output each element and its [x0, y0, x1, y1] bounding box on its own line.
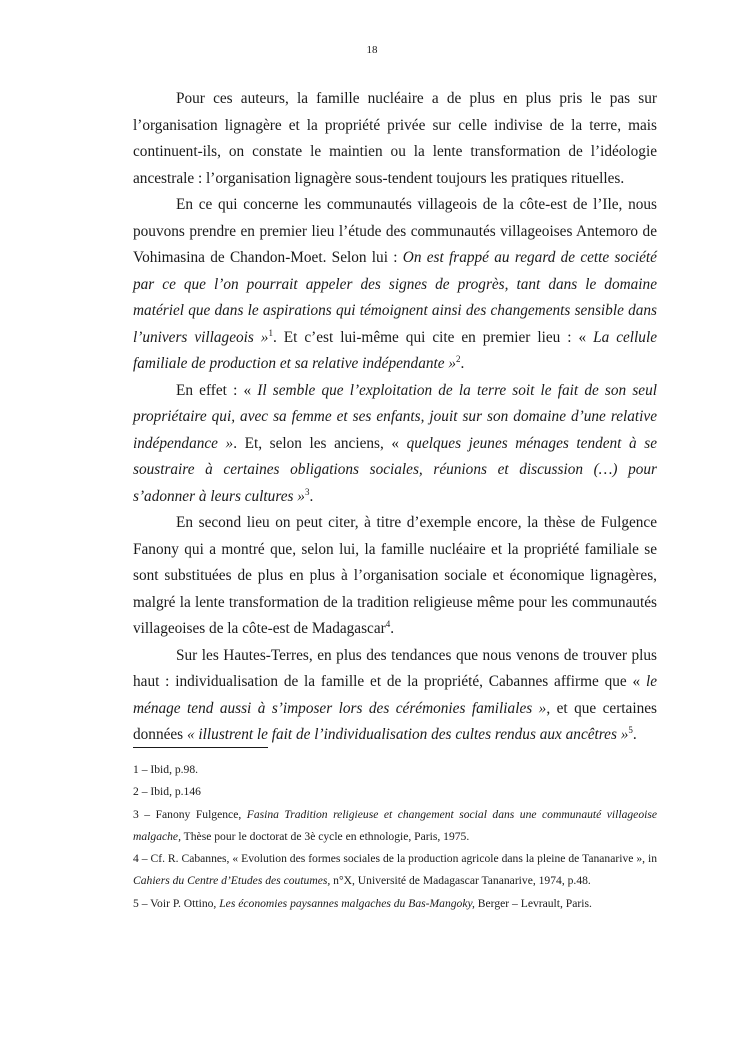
italic-quote: le ménage tend aussi à s’imposer lors de… — [133, 673, 657, 717]
footnote-reference: 1 — [268, 328, 273, 338]
footnote: 1 – Ibid, p.98. — [133, 759, 657, 781]
italic-quote: « illustrent le fait de l’individualisat… — [187, 726, 628, 743]
footnote-reference: 5 — [628, 725, 633, 735]
page-number: 18 — [0, 44, 744, 56]
paragraph: En ce qui concerne les communautés villa… — [133, 192, 657, 378]
italic-quote: On est frappé au regard de cette société… — [133, 249, 657, 346]
footnote-reference: 3 — [305, 487, 310, 497]
footnote-separator — [133, 747, 268, 748]
footnote-reference: 2 — [456, 354, 461, 364]
footnote: 2 – Ibid, p.146 — [133, 781, 657, 803]
footnotes: 1 – Ibid, p.98. 2 – Ibid, p.146 3 – Fano… — [133, 759, 657, 915]
paragraph: En second lieu on peut citer, à titre d’… — [133, 510, 657, 643]
italic-quote: Cahiers du Centre d’Etudes des coutumes, — [133, 874, 330, 887]
paragraph: En effet : « Il semble que l’exploitatio… — [133, 378, 657, 511]
paragraph: Pour ces auteurs, la famille nucléaire a… — [133, 86, 657, 192]
paragraph: Sur les Hautes-Terres, en plus des tenda… — [133, 643, 657, 749]
footnote: 3 – Fanony Fulgence, Fasina Tradition re… — [133, 804, 657, 849]
footnote: 5 – Voir P. Ottino, Les économies paysan… — [133, 893, 657, 915]
footnote-reference: 4 — [386, 619, 391, 629]
body-text: Pour ces auteurs, la famille nucléaire a… — [133, 86, 657, 749]
italic-quote: Fasina Tradition religieuse et changemen… — [133, 808, 657, 843]
italic-quote: Les économies paysannes malgaches du Bas… — [219, 897, 475, 910]
footnote: 4 – Cf. R. Cabannes, « Evolution des for… — [133, 848, 657, 893]
